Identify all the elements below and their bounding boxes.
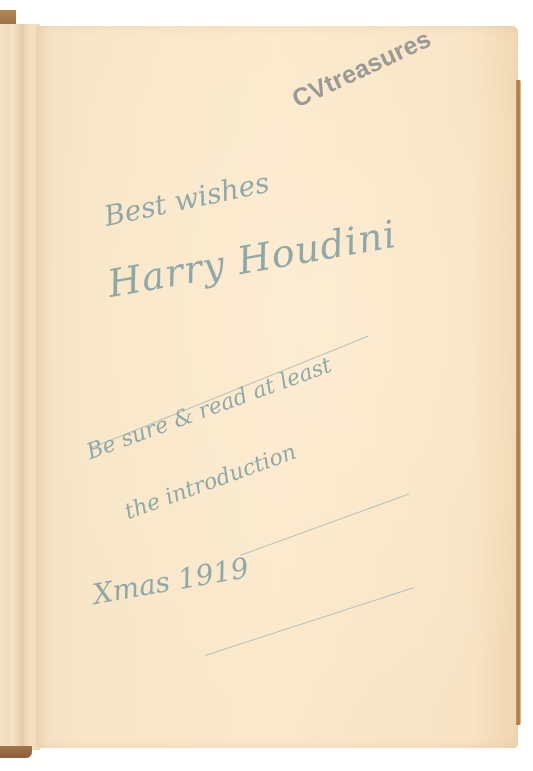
- book-cover-edge: [516, 80, 521, 725]
- book-spine-gutter: [0, 24, 40, 750]
- photo-scene: CVtreasures Best wishes Harry Houdini Be…: [0, 0, 533, 771]
- cloth-binding-bottom: [0, 746, 32, 758]
